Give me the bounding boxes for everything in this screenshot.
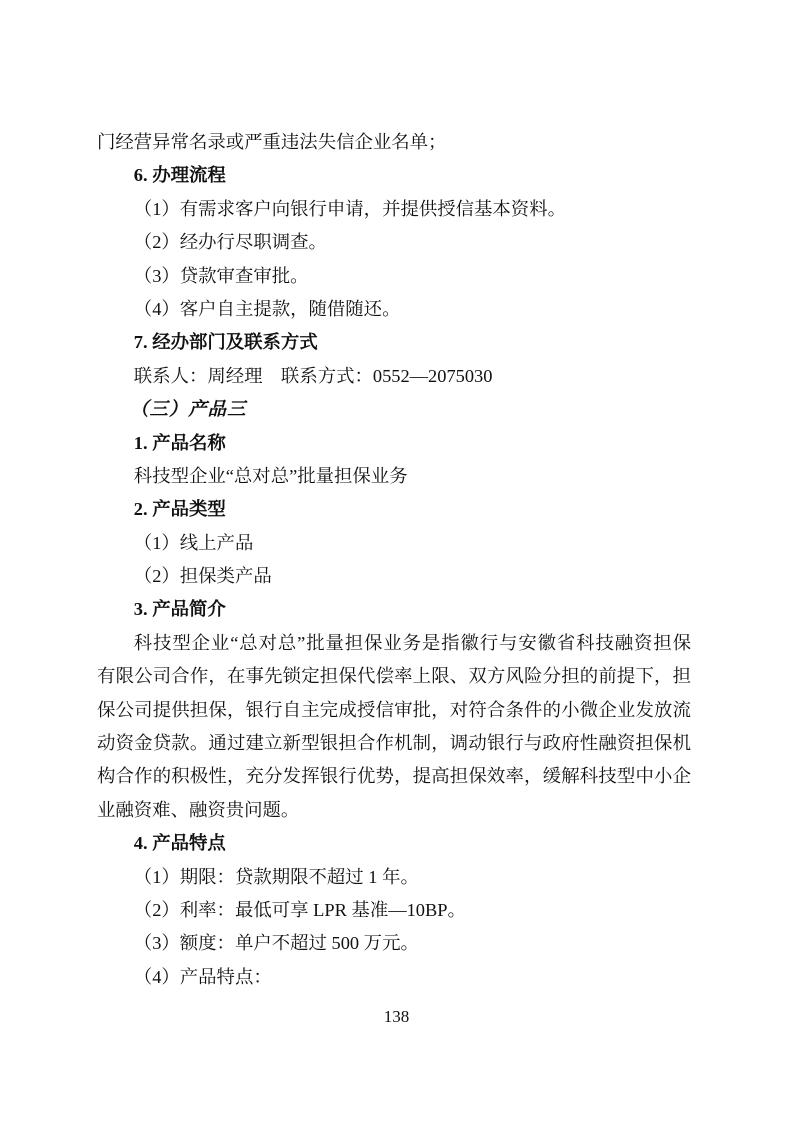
section-heading-line: （三）产品三 bbox=[97, 393, 691, 426]
heading-line: 6. 办理流程 bbox=[97, 159, 691, 192]
text-line: 业融资难、融资贵问题。 bbox=[97, 794, 691, 827]
text-line: 科技型企业“总对总”批量担保业务是指徽行与安徽省科技融资担保 bbox=[97, 627, 691, 660]
text-line: 联系人：周经理 联系方式：0552—2075030 bbox=[97, 360, 691, 393]
text-line: （2）经办行尽职调查。 bbox=[97, 226, 691, 259]
text-line: 保公司提供担保，银行自主完成授信审批，对符合条件的小微企业发放流 bbox=[97, 694, 691, 727]
text-line: 有限公司合作，在事先锁定担保代偿率上限、双方风险分担的前提下，担 bbox=[97, 660, 691, 693]
page-number: 138 bbox=[0, 1004, 793, 1030]
text-line: 科技型企业“总对总”批量担保业务 bbox=[97, 460, 691, 493]
heading-line: 2. 产品类型 bbox=[97, 493, 691, 526]
heading-line: 4. 产品特点 bbox=[97, 827, 691, 860]
heading-line: 1. 产品名称 bbox=[97, 427, 691, 460]
text-line: 门经营异常名录或严重违法失信企业名单； bbox=[97, 126, 691, 159]
text-line: （3）额度：单户不超过 500 万元。 bbox=[97, 927, 691, 960]
document-page: 门经营异常名录或严重违法失信企业名单；6. 办理流程（1）有需求客户向银行申请，… bbox=[0, 0, 793, 1122]
text-line: （4）客户自主提款，随借随还。 bbox=[97, 293, 691, 326]
text-line: （4）产品特点： bbox=[97, 961, 691, 994]
text-line: （2）利率：最低可享 LPR 基准—10BP。 bbox=[97, 894, 691, 927]
page-content: 门经营异常名录或严重违法失信企业名单；6. 办理流程（1）有需求客户向银行申请，… bbox=[97, 126, 691, 994]
text-line: （2）担保类产品 bbox=[97, 560, 691, 593]
heading-line: 7. 经办部门及联系方式 bbox=[97, 326, 691, 359]
text-line: （3）贷款审查审批。 bbox=[97, 260, 691, 293]
text-line: （1）线上产品 bbox=[97, 527, 691, 560]
text-line: （1）期限：贷款期限不超过 1 年。 bbox=[97, 861, 691, 894]
text-line: 动资金贷款。通过建立新型银担合作机制，调动银行与政府性融资担保机 bbox=[97, 727, 691, 760]
heading-line: 3. 产品简介 bbox=[97, 593, 691, 626]
text-line: （1）有需求客户向银行申请，并提供授信基本资料。 bbox=[97, 193, 691, 226]
text-line: 构合作的积极性，充分发挥银行优势，提高担保效率，缓解科技型中小企 bbox=[97, 760, 691, 793]
